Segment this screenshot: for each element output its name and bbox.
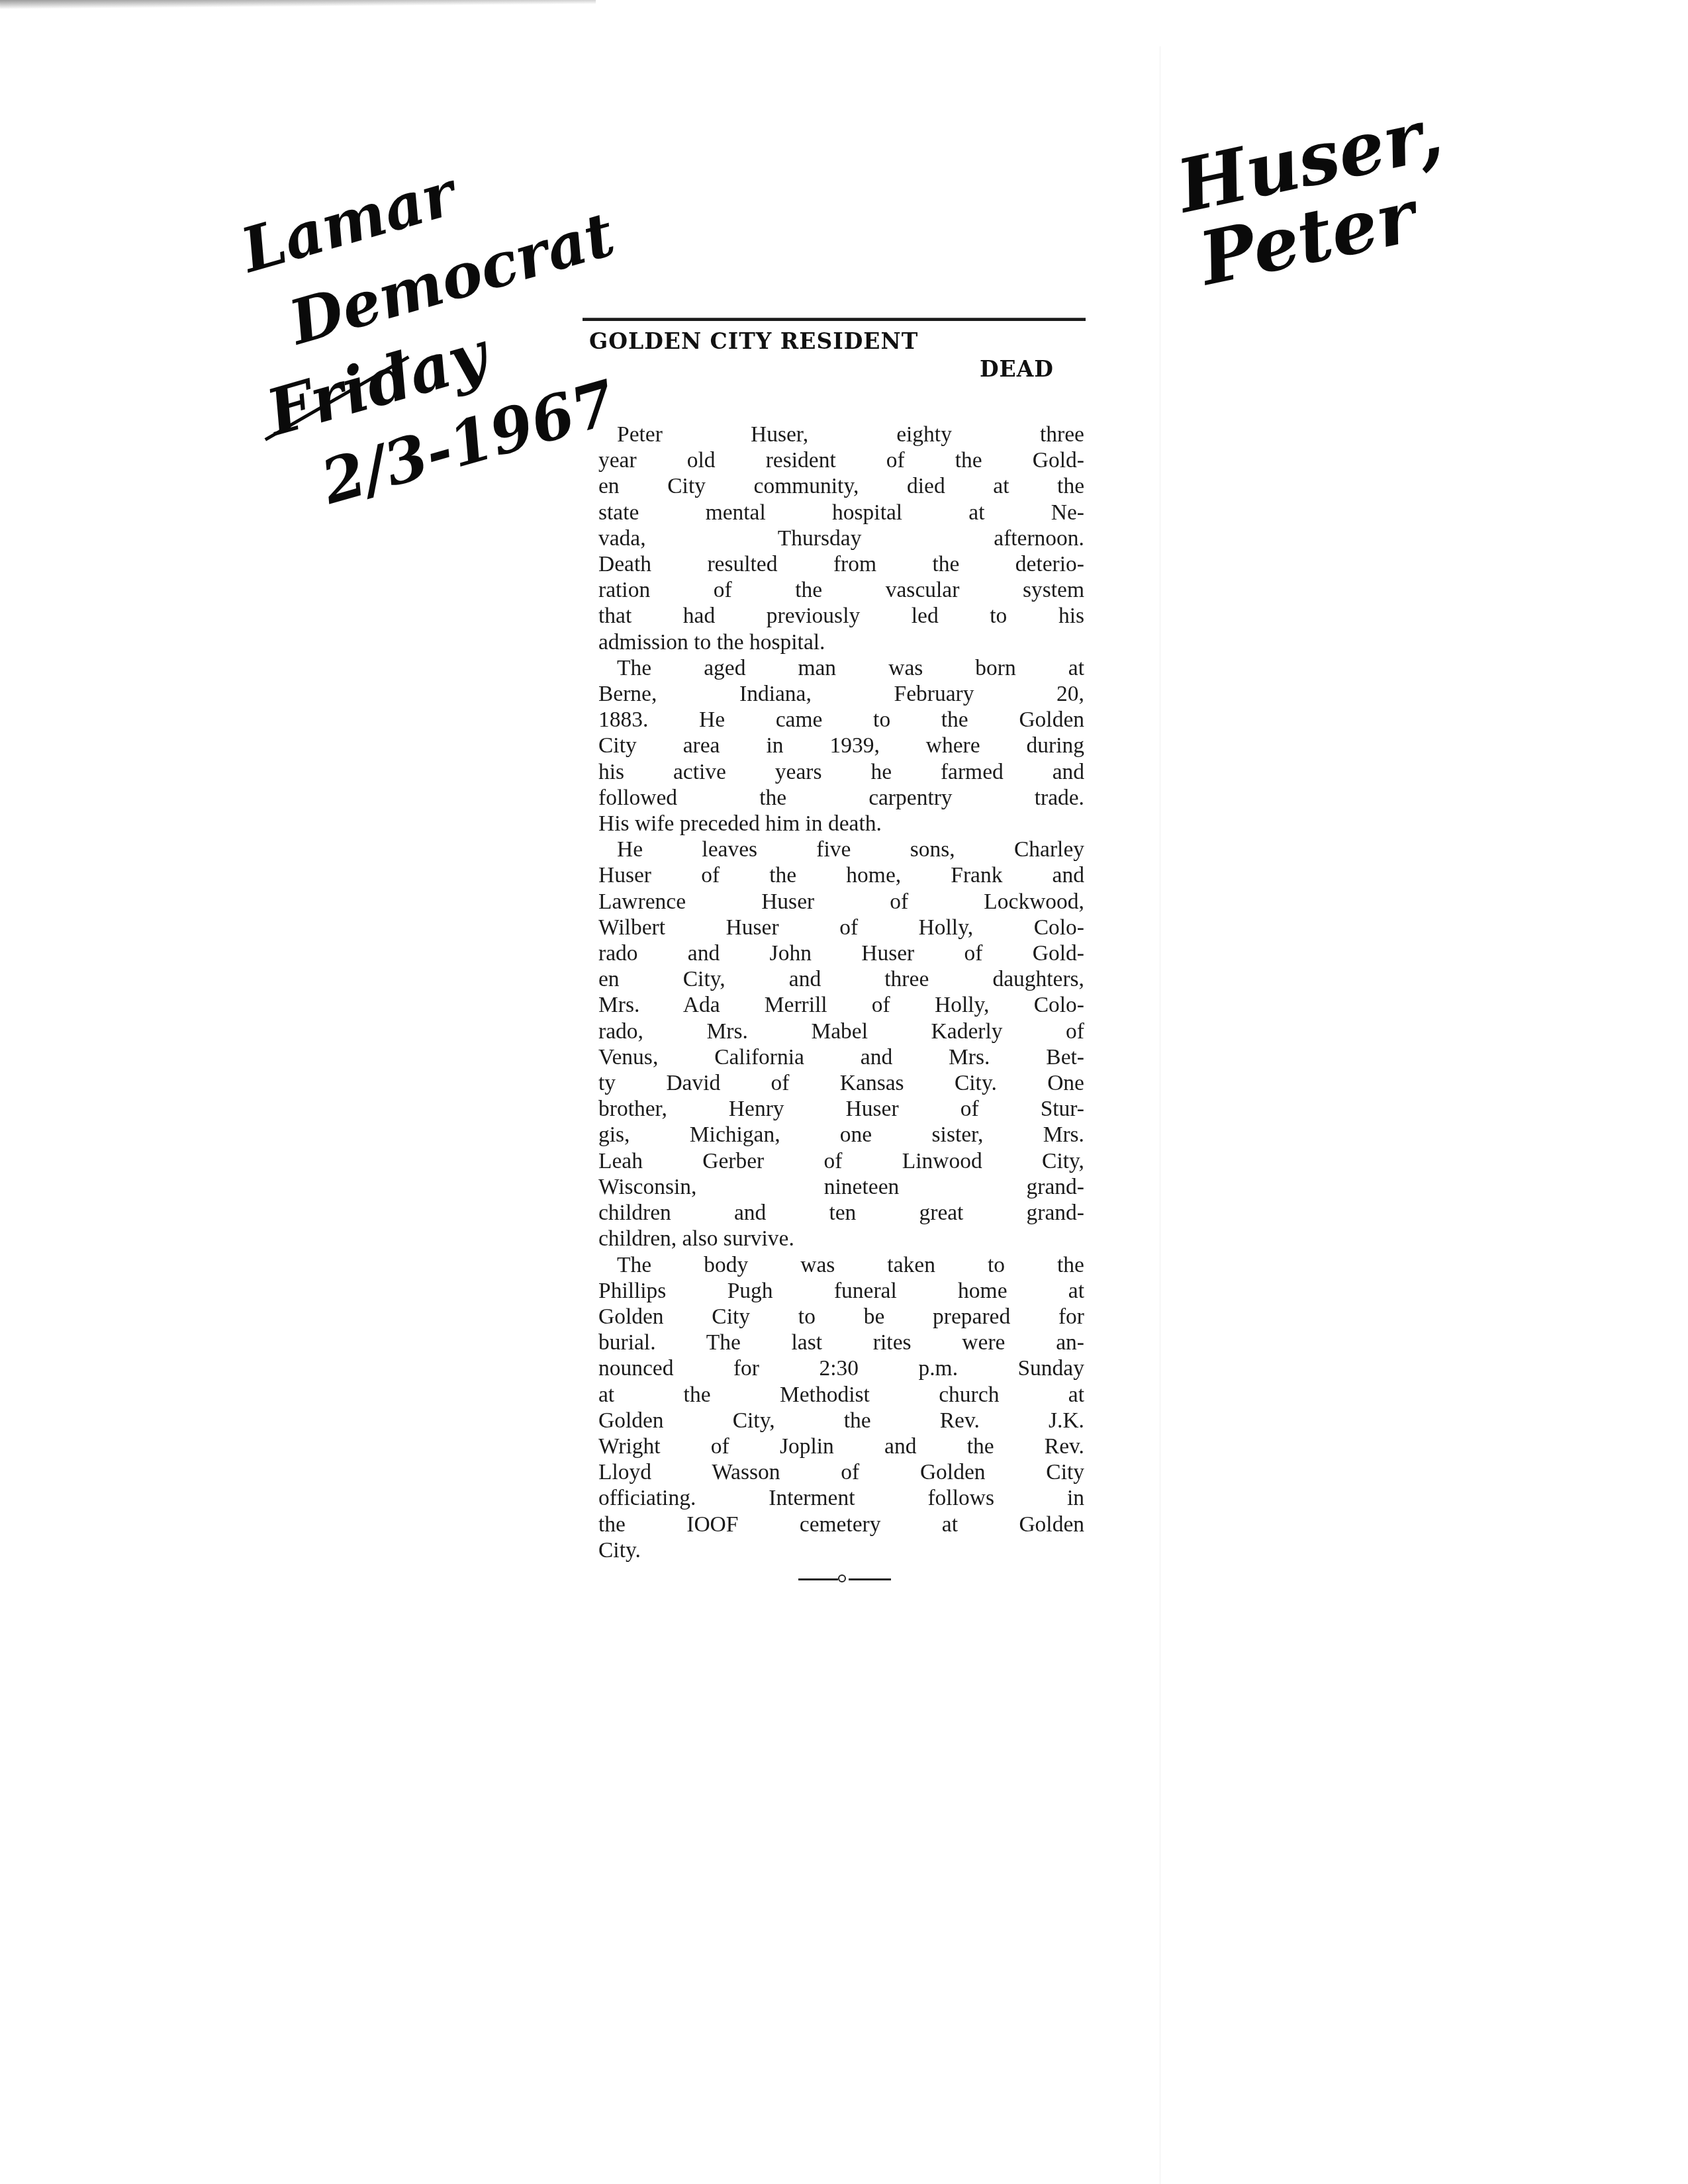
article-line: City area in 1939, where during	[598, 733, 1084, 758]
article-paragraph: Peter Huser, eighty threeyear old reside…	[598, 422, 1084, 655]
article-line: children, also survive.	[598, 1226, 1084, 1251]
article-line: Venus, California and Mrs. Bet-	[598, 1044, 1084, 1070]
article-line: en City community, died at the	[598, 473, 1084, 499]
article-line: brother, Henry Huser of Stur-	[598, 1096, 1084, 1122]
newspaper-clipping: GOLDEN CITY RESIDENT DEAD Peter Huser, e…	[581, 318, 1091, 1584]
article-line: admission to the hospital.	[598, 629, 1084, 655]
paper-crease	[1160, 46, 1160, 2184]
article-line: 1883. He came to the Golden	[598, 707, 1084, 733]
headline-line1: GOLDEN CITY RESIDENT	[581, 328, 1091, 355]
article-line: officiating. Interment follows in	[598, 1485, 1084, 1511]
article-line: Wisconsin, nineteen grand-	[598, 1174, 1084, 1200]
article-line: at the Methodist church at	[598, 1382, 1084, 1408]
article-line: gis, Michigan, one sister, Mrs.	[598, 1122, 1084, 1148]
article-line: burial. The last rites were an-	[598, 1330, 1084, 1355]
article-line: rado and John Huser of Gold-	[598, 940, 1084, 966]
article-line: state mental hospital at Ne-	[598, 500, 1084, 525]
article-line: nounced for 2:30 p.m. Sunday	[598, 1355, 1084, 1381]
article-line: Death resulted from the deterio-	[598, 551, 1084, 577]
article-line: vada, Thursday afternoon.	[598, 525, 1084, 551]
end-separator	[798, 1574, 891, 1584]
article-line: ty David of Kansas City. One	[598, 1070, 1084, 1096]
article-line: en City, and three daughters,	[598, 966, 1084, 992]
article-line: Phillips Pugh funeral home at	[598, 1278, 1084, 1304]
article-paragraph: The aged man was born atBerne, Indiana, …	[598, 655, 1084, 837]
article-line: Wright of Joplin and the Rev.	[598, 1433, 1084, 1459]
article-line: his active years he farmed and	[598, 759, 1084, 785]
headline: GOLDEN CITY RESIDENT DEAD	[581, 328, 1091, 383]
handwritten-source-note: Lamar Democrat Friday 2/3-1967	[199, 97, 628, 535]
article-line: Lawrence Huser of Lockwood,	[598, 889, 1084, 915]
article-line: Mrs. Ada Merrill of Holly, Colo-	[598, 992, 1084, 1018]
article-line: Wilbert Huser of Holly, Colo-	[598, 915, 1084, 940]
article-line: Leah Gerber of Linwood City,	[598, 1148, 1084, 1174]
article-line: The aged man was born at	[598, 655, 1084, 681]
article-line: Peter Huser, eighty three	[598, 422, 1084, 447]
article-line: Golden City, the Rev. J.K.	[598, 1408, 1084, 1433]
article-line: ration of the vascular system	[598, 577, 1084, 603]
article-line: the IOOF cemetery at Golden	[598, 1512, 1084, 1537]
article-line: rado, Mrs. Mabel Kaderly of	[598, 1019, 1084, 1044]
article-line: Huser of the home, Frank and	[598, 862, 1084, 888]
article-line: City.	[598, 1537, 1084, 1563]
article-line: that had previously led to his	[598, 603, 1084, 629]
headline-rule	[583, 318, 1086, 321]
article-paragraph: He leaves five sons, CharleyHuser of the…	[598, 837, 1084, 1251]
article-line: Berne, Indiana, February 20,	[598, 681, 1084, 707]
separator-circle-icon	[838, 1574, 846, 1582]
article-line: children and ten great grand-	[598, 1200, 1084, 1226]
article-line: His wife preceded him in death.	[598, 811, 1084, 837]
scan-edge-shadow	[0, 0, 596, 9]
article-line: He leaves five sons, Charley	[598, 837, 1084, 862]
handwritten-name-note: Huser, Peter	[1172, 97, 1464, 297]
article-line: Lloyd Wasson of Golden City	[598, 1459, 1084, 1485]
article-line: year old resident of the Gold-	[598, 447, 1084, 473]
headline-line2: DEAD	[581, 355, 1091, 383]
article-line: The body was taken to the	[598, 1252, 1084, 1278]
article-body: Peter Huser, eighty threeyear old reside…	[581, 422, 1091, 1563]
article-line: followed the carpentry trade.	[598, 785, 1084, 811]
article-paragraph: The body was taken to thePhillips Pugh f…	[598, 1252, 1084, 1563]
article-line: Golden City to be prepared for	[598, 1304, 1084, 1330]
